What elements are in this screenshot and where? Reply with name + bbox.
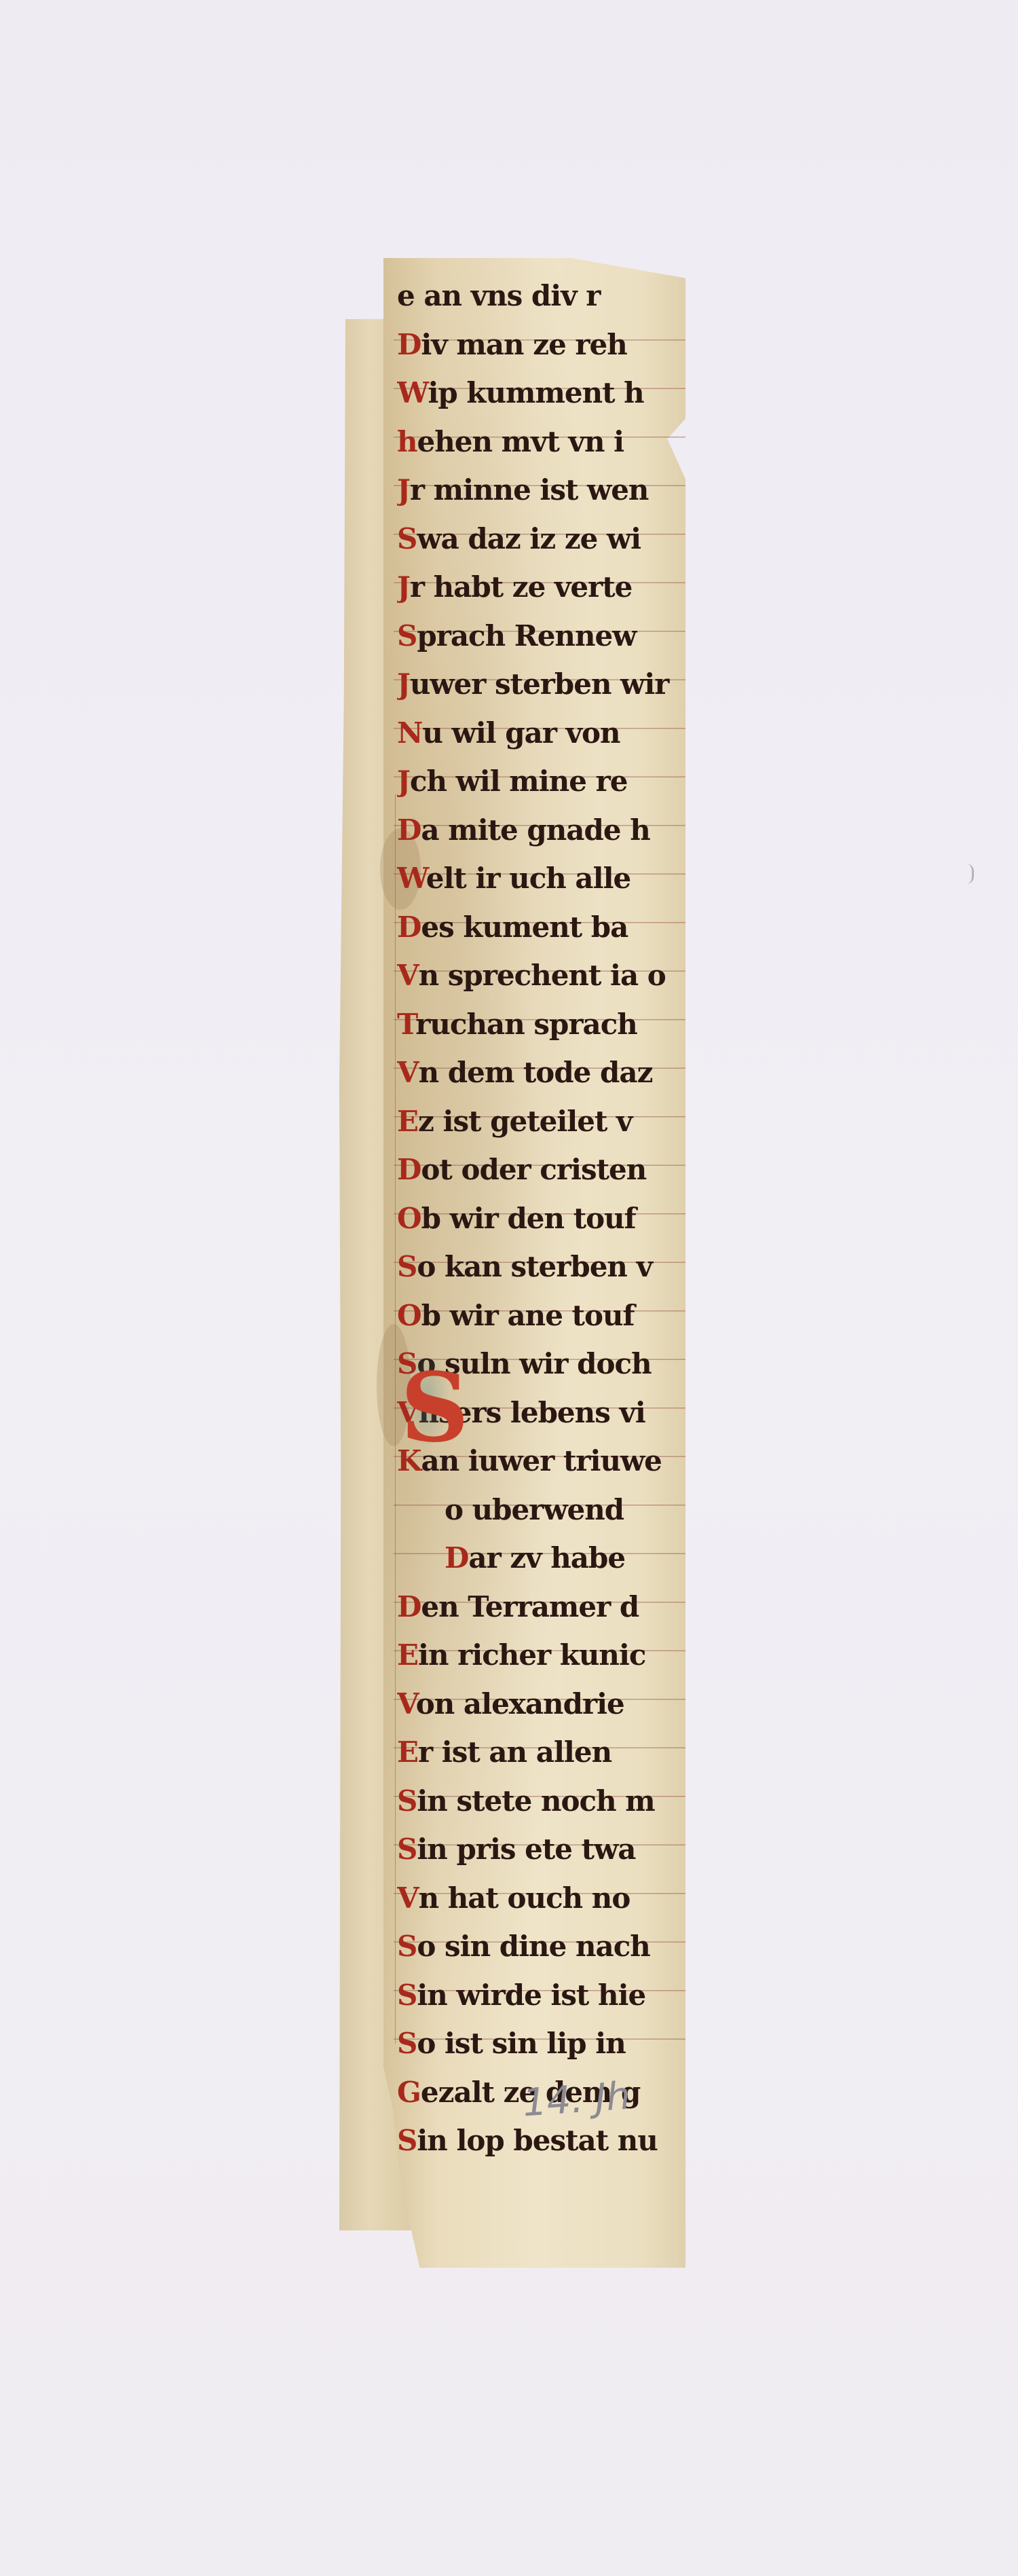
manuscript-line: So sin dine nach	[397, 1922, 682, 1971]
line-text: z ist geteilet v	[418, 1105, 632, 1138]
line-text: on alexandrie	[416, 1687, 624, 1721]
line-text: ar zv habe	[468, 1541, 625, 1575]
line-text: en Terramer d	[421, 1590, 639, 1623]
line-text: o uberwend	[445, 1493, 624, 1526]
rubric-initial: D	[397, 813, 421, 847]
line-text: uwer sterben wir	[410, 667, 669, 701]
line-text: ot oder cristen	[421, 1153, 646, 1186]
rubric-initial: J	[397, 667, 410, 701]
line-text: prach Rennew	[417, 619, 636, 652]
manuscript-line: Ez ist geteilet v	[397, 1097, 682, 1146]
pencil-mark	[966, 864, 974, 884]
line-text: ch wil mine re	[410, 765, 628, 798]
manuscript-line: Sprach Rennew	[397, 612, 682, 661]
rubric-initial: h	[397, 425, 417, 458]
line-text: iv man ze reh	[421, 328, 626, 361]
manuscript-line: Wip kumment h	[397, 369, 682, 418]
manuscript-line: Juwer sterben wir	[397, 660, 682, 709]
rubric-initial: S	[397, 1930, 417, 1963]
manuscript-line: Vn hat ouch no	[397, 1874, 682, 1923]
pencil-shelf-mark: 14. Jh	[521, 2074, 632, 2126]
manuscript-line: Jch wil mine re	[397, 757, 682, 806]
line-text: u wil gar von	[422, 716, 620, 750]
rubric-initial: J	[397, 765, 410, 798]
line-text: in pris ete twa	[417, 1833, 635, 1866]
rubric-initial: D	[397, 910, 421, 944]
manuscript-line: Div man ze reh	[397, 320, 682, 369]
rubric-initial: W	[397, 862, 426, 895]
manuscript-line: So ist sin lip in	[397, 2019, 682, 2068]
line-text: n sprechent ia o	[419, 959, 666, 992]
rubric-initial: D	[397, 328, 421, 361]
line-text: n dem tode daz	[419, 1056, 653, 1089]
rubric-initial: S	[397, 1979, 417, 2012]
line-text: wa daz iz ze wi	[417, 522, 641, 555]
manuscript-line: Jr habt ze verte	[397, 563, 682, 612]
line-text: r minne ist wen	[410, 473, 649, 507]
line-text: ehen mvt vn i	[417, 425, 624, 458]
line-text: e an vns div r	[397, 279, 600, 312]
rubric-initial: S	[397, 2124, 417, 2157]
line-text: in richer kunic	[418, 1638, 645, 1672]
manuscript-line: Von alexandrie	[397, 1680, 682, 1729]
line-text: o ist sin lip in	[417, 2027, 625, 2060]
manuscript-line: Nu wil gar von	[397, 709, 682, 758]
manuscript-line: Ob wir den touf	[397, 1194, 682, 1243]
line-text: b wir den touf	[421, 1202, 636, 1235]
rubric-initial: S	[397, 1250, 417, 1283]
manuscript-line: Vn sprechent ia o	[397, 951, 682, 1000]
line-text: b wir ane touf	[421, 1299, 635, 1332]
manuscript-line: Da mite gnade h	[397, 806, 682, 855]
manuscript-line: Sin wirde ist hie	[397, 1971, 682, 2020]
rubric-initial: V	[397, 959, 419, 992]
rubric-initial: G	[397, 2076, 421, 2109]
rubric-initial: T	[397, 1008, 415, 1041]
line-text: ruchan sprach	[415, 1008, 637, 1041]
line-text: elt ir uch alle	[426, 862, 631, 895]
manuscript-line: Ein richer kunic	[397, 1631, 682, 1680]
rubric-initial: S	[397, 522, 417, 555]
rubric-initial: J	[397, 570, 410, 604]
rubric-initial: E	[397, 1638, 418, 1672]
line-text: es kument ba	[421, 910, 628, 944]
line-text: o kan sterben v	[417, 1250, 652, 1283]
line-text: in stete noch m	[417, 1784, 654, 1818]
manuscript-line: Ob wir ane touf	[397, 1291, 682, 1340]
manuscript-line: Sin stete noch m	[397, 1777, 682, 1826]
manuscript-line: Jr minne ist wen	[397, 466, 682, 515]
rubric-initial: S	[397, 619, 417, 652]
rubric-initial: W	[397, 376, 428, 409]
manuscript-line: Des kument ba	[397, 903, 682, 952]
manuscript-line: Vn dem tode daz	[397, 1048, 682, 1097]
rubric-initial: N	[397, 716, 422, 750]
manuscript-line: hehen mvt vn i	[397, 418, 682, 466]
manuscript-line: Den Terramer d	[397, 1583, 682, 1632]
manuscript-line: Sin pris ete twa	[397, 1825, 682, 1874]
rubric-initial: D	[397, 1590, 421, 1623]
rubric-initial: O	[397, 1299, 421, 1332]
rubric-initial: E	[397, 1105, 418, 1138]
manuscript-line: So kan sterben v	[397, 1243, 682, 1291]
decorated-initial-s: S	[400, 1358, 453, 1458]
manuscript-line: Welt ir uch alle	[397, 854, 682, 903]
rubric-initial: S	[397, 1784, 417, 1818]
margin-rule	[395, 794, 396, 2044]
manuscript-line: Er ist an allen	[397, 1728, 682, 1777]
manuscript-line: Swa daz iz ze wi	[397, 515, 682, 564]
rubric-initial: D	[397, 1153, 421, 1186]
manuscript-line: Truchan sprach	[397, 1000, 682, 1049]
line-text: r habt ze verte	[410, 570, 632, 604]
line-text: in wirde ist hie	[417, 1979, 645, 2012]
rubric-initial: D	[445, 1541, 468, 1575]
line-text: n hat ouch no	[419, 1881, 630, 1915]
rubric-initial: V	[397, 1881, 419, 1915]
rubric-initial: J	[397, 473, 410, 507]
rubric-initial: V	[397, 1056, 419, 1089]
rubric-initial: S	[397, 2027, 417, 2060]
line-text: r ist an allen	[418, 1735, 611, 1769]
manuscript-line: e an vns div r	[397, 272, 682, 320]
rubric-initial: O	[397, 1202, 421, 1235]
manuscript-line: Dar zv habe	[397, 1534, 682, 1583]
line-text: in lop bestat nu	[417, 2124, 658, 2157]
manuscript-text-column: e an vns div r Div man ze reh Wip kummen…	[397, 272, 682, 2165]
rubric-initial: S	[397, 1833, 417, 1866]
line-text: a mite gnade h	[421, 813, 649, 847]
rubric-initial: E	[397, 1735, 418, 1769]
line-text: o sin dine nach	[417, 1930, 649, 1963]
line-text: ip kumment h	[428, 376, 643, 409]
manuscript-line: o uberwend	[397, 1486, 682, 1534]
manuscript-line: Dot oder cristen	[397, 1145, 682, 1194]
rubric-initial: V	[397, 1687, 416, 1721]
